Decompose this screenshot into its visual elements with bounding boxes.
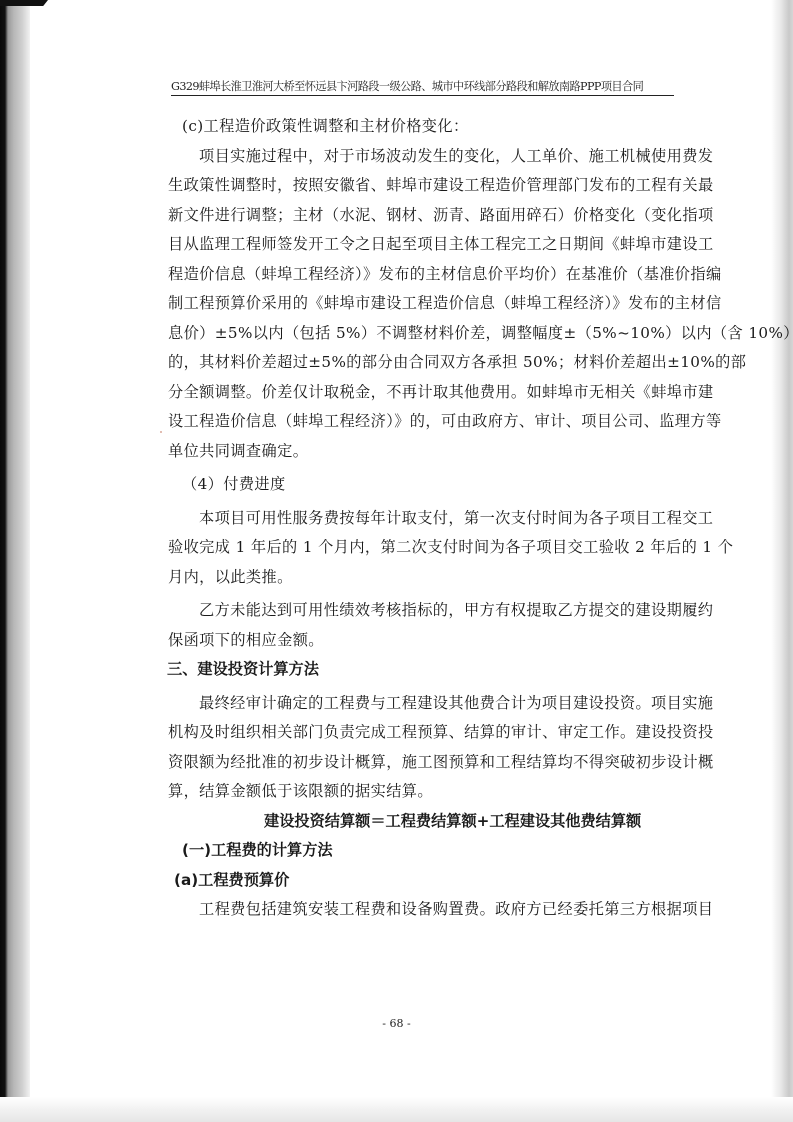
paragraph-line: 生政策性调整时，按照安徽省、蚌埠市建设工程造价管理部门发布的工程有关最 <box>168 171 713 201</box>
paragraph-investment-calc: 最终经审计确定的工程费与工程建设其他费合计为项目建设投资。项目实施 机构及时组织… <box>168 689 713 807</box>
page-number: - 68 - <box>0 1017 793 1030</box>
paragraph-line: 设工程造价信息（蚌埠工程经济）》的，可由政府方、审计、项目公司、监理方等 <box>168 407 713 437</box>
paragraph-line: 程造价信息（蚌埠工程经济）》发布的主材信息价平均价）在基准价（基准价指编 <box>168 260 713 290</box>
scan-speck <box>160 431 162 433</box>
scan-shadow-top <box>0 0 48 6</box>
paragraph-line: 息价）±5%以内（包括 5%）不调整材料价差，调整幅度±（5%~10%）以内（含… <box>168 319 713 349</box>
paragraph-line: 制工程预算价采用的《蚌埠市建设工程造价信息（蚌埠工程经济）》发布的主材信 <box>168 289 713 319</box>
paragraph-line: 单位共同调查确定。 <box>168 437 713 467</box>
running-header: G329蚌埠长淮卫淮河大桥至怀远县卞河路段一级公路、城市中环线部分路段和解放南路… <box>171 78 674 96</box>
paragraph-payment-schedule: 本项目可用性服务费按每年计取支付，第一次支付时间为各子项目工程交工 验收完成 1… <box>168 504 713 593</box>
paragraph-line: 机构及时组织相关部门负责完成工程预算、结算的审计、审定工作。建设投资投 <box>168 718 713 748</box>
scan-shadow-right <box>771 0 793 1122</box>
paragraph-price-adjustment: 项目实施过程中，对于市场波动发生的变化，人工单价、施工机械使用费发 生政策性调整… <box>168 142 713 467</box>
paragraph-line: 分全额调整。价差仅计取税金，不再计取其他费用。如蚌埠市无相关《蚌埠市建 <box>168 378 713 408</box>
paragraph-line: 资限额为经批准的初步设计概算，施工图预算和工程结算均不得突破初步设计概 <box>168 748 713 778</box>
paragraph-line: 的，其材料价差超过±5%的部分由合同双方各承担 50%；材料价差超出±10%的部 <box>168 348 713 378</box>
paragraph-line: 乙方未能达到可用性绩效考核指标的，甲方有权提取乙方提交的建设期履约 <box>168 596 713 626</box>
section-c-heading: (c)工程造价政策性调整和主材价格变化： <box>168 112 713 142</box>
section-4-heading: （4）付费进度 <box>168 470 713 500</box>
paragraph-line: 月内，以此类推。 <box>168 563 713 593</box>
paragraph-line: 本项目可用性服务费按每年计取支付，第一次支付时间为各子项目工程交工 <box>168 504 713 534</box>
section-3-heading: 三、建设投资计算方法 <box>167 655 713 685</box>
paragraph-line: 最终经审计确定的工程费与工程建设其他费合计为项目建设投资。项目实施 <box>168 689 713 719</box>
subsection-a-heading: (a)工程费预算价 <box>168 866 713 896</box>
paragraph-line: 验收完成 1 年后的 1 个月内，第二次支付时间为各子项目交工验收 2 年后的 … <box>168 533 713 563</box>
settlement-formula: 建设投资结算额＝工程费结算额+工程建设其他费结算额 <box>168 807 713 837</box>
scan-shadow-bottom <box>0 1097 793 1122</box>
scan-shadow-left <box>0 0 30 1122</box>
paragraph-line: 目从监理工程师签发开工令之日起至项目主体工程完工之日期间《蚌埠市建设工 <box>168 230 713 260</box>
paragraph-line: 项目实施过程中，对于市场波动发生的变化，人工单价、施工机械使用费发 <box>168 142 713 172</box>
page-body: (c)工程造价政策性调整和主材价格变化： 项目实施过程中，对于市场波动发生的变化… <box>168 112 713 925</box>
paragraph-line: 保函项下的相应金额。 <box>168 626 713 656</box>
paragraph-performance-guarantee: 乙方未能达到可用性绩效考核指标的，甲方有权提取乙方提交的建设期履约 保函项下的相… <box>168 596 713 655</box>
paragraph-line: 新文件进行调整；主材（水泥、钢材、沥青、路面用碎石）价格变化（变化指项 <box>168 201 713 231</box>
paragraph-line: 工程费包括建筑安装工程费和设备购置费。政府方已经委托第三方根据项目 <box>168 895 713 925</box>
paragraph-line: 算，结算金额低于该限额的据实结算。 <box>168 777 713 807</box>
subsection-1-heading: (一)工程费的计算方法 <box>168 836 713 866</box>
